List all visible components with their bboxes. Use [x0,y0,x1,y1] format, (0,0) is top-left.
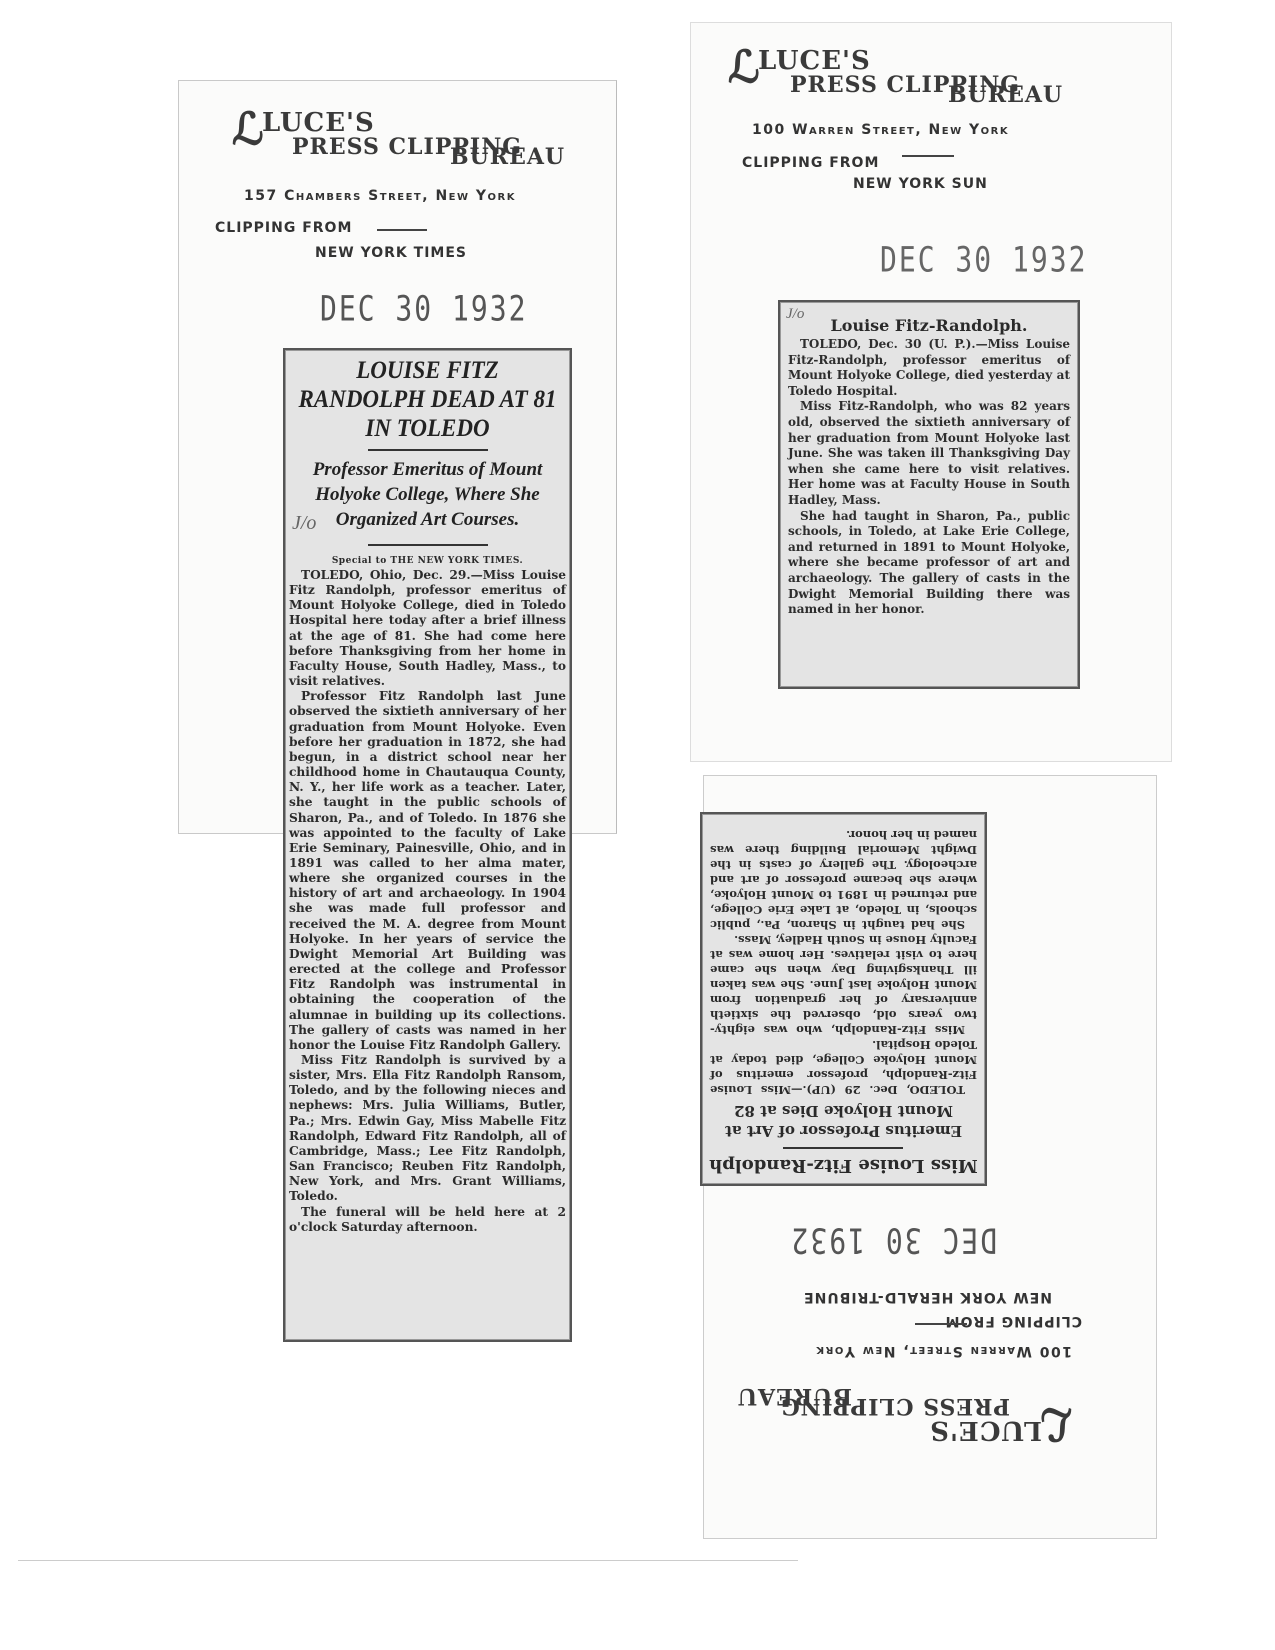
subheadline: Emeritus Professor of Art at Mount Holyo… [702,1101,985,1141]
paragraph: TOLEDO, Dec. 29 (UP).—Miss Louise Fitz-R… [710,1037,977,1097]
dateline: Special to THE NEW YORK TIMES. [285,556,570,566]
newspaper-name: NEW YORK SUN [853,176,988,192]
clipping-from-label: CLIPPING FROM [215,220,352,236]
divider [368,449,488,451]
divider [902,155,954,157]
paragraph: Miss Fitz-Randolph, who was 82 years old… [788,399,1070,508]
handwritten-annotation: J/o [786,306,804,323]
bureau-logo-nyt: ℒ LUCE'S PRESS CLIPPING BUREAU [232,108,552,168]
paragraph: The funeral will be held here at 2 o'clo… [289,1205,566,1235]
headline: LOUISE FITZ RANDOLPH DEAD AT 81 IN TOLED… [296,356,558,443]
paragraph: Professor Fitz Randolph last June observ… [289,689,566,1053]
bureau-logo-sun: ℒ LUCE'S PRESS CLIPPING BUREAU [728,46,1058,106]
divider [784,1147,904,1149]
date-stamp: DEC 30 1932 [790,1220,997,1261]
date-stamp: DEC 30 1932 [320,288,527,329]
bureau-address: 100 Warren Street, New York [752,122,1009,138]
divider [377,229,427,231]
article-body: TOLEDO, Ohio, Dec. 29.—Miss Louise Fitz … [285,568,570,1235]
article-body: TOLEDO, Dec. 29 (UP).—Miss Louise Fitz-R… [702,823,985,1101]
paragraph: Miss Fitz-Randolph, who was eighty-two y… [710,932,977,1037]
clipping-from-label: CLIPPING FROM [945,1313,1082,1329]
newspaper-clipping-herald-tribune: Miss Louise Fitz-Randolph Emeritus Profe… [700,812,987,1186]
clipping-from-label: CLIPPING FROM [742,155,879,171]
page-edge-line [18,1560,798,1561]
newspaper-clipping-nyt: LOUISE FITZ RANDOLPH DEAD AT 81 IN TOLED… [283,348,572,1342]
paragraph: She had taught in Sharon, Pa., public sc… [710,827,977,932]
paragraph: TOLEDO, Dec. 30 (U. P.).—Miss Louise Fit… [788,337,1070,399]
paragraph: Miss Fitz Randolph is survived by a sist… [289,1053,566,1205]
bureau-address: 100 Warren Street, New York [815,1343,1072,1359]
date-stamp: DEC 30 1932 [880,239,1087,280]
newspaper-clipping-sun: Louise Fitz-Randolph. TOLEDO, Dec. 30 (U… [778,300,1080,689]
bureau-logo-herald: ℒ LUCE'S PRESS CLIPPING BUREAU [742,1375,1072,1445]
headline: Louise Fitz-Randolph. [780,316,1078,335]
herald-header-block: DEC 30 1932 NEW YORK HERALD-TRIBUNE CLIP… [712,1215,1092,1455]
divider [915,1323,967,1325]
divider [368,544,488,546]
handwritten-annotation: J/o [292,512,316,535]
bureau-address: 157 Chambers Street, New York [244,188,516,204]
subheadline: Professor Emeritus of Mount Holyoke Coll… [285,457,570,532]
newspaper-name: NEW YORK TIMES [315,245,467,261]
article-body: TOLEDO, Dec. 30 (U. P.).—Miss Louise Fit… [780,335,1078,620]
paragraph: TOLEDO, Ohio, Dec. 29.—Miss Louise Fitz … [289,568,566,689]
paragraph: She had taught in Sharon, Pa., public sc… [788,509,1070,618]
headline: Miss Louise Fitz-Randolph [702,1155,985,1176]
newspaper-name: NEW YORK HERALD-TRIBUNE [803,1289,1052,1305]
